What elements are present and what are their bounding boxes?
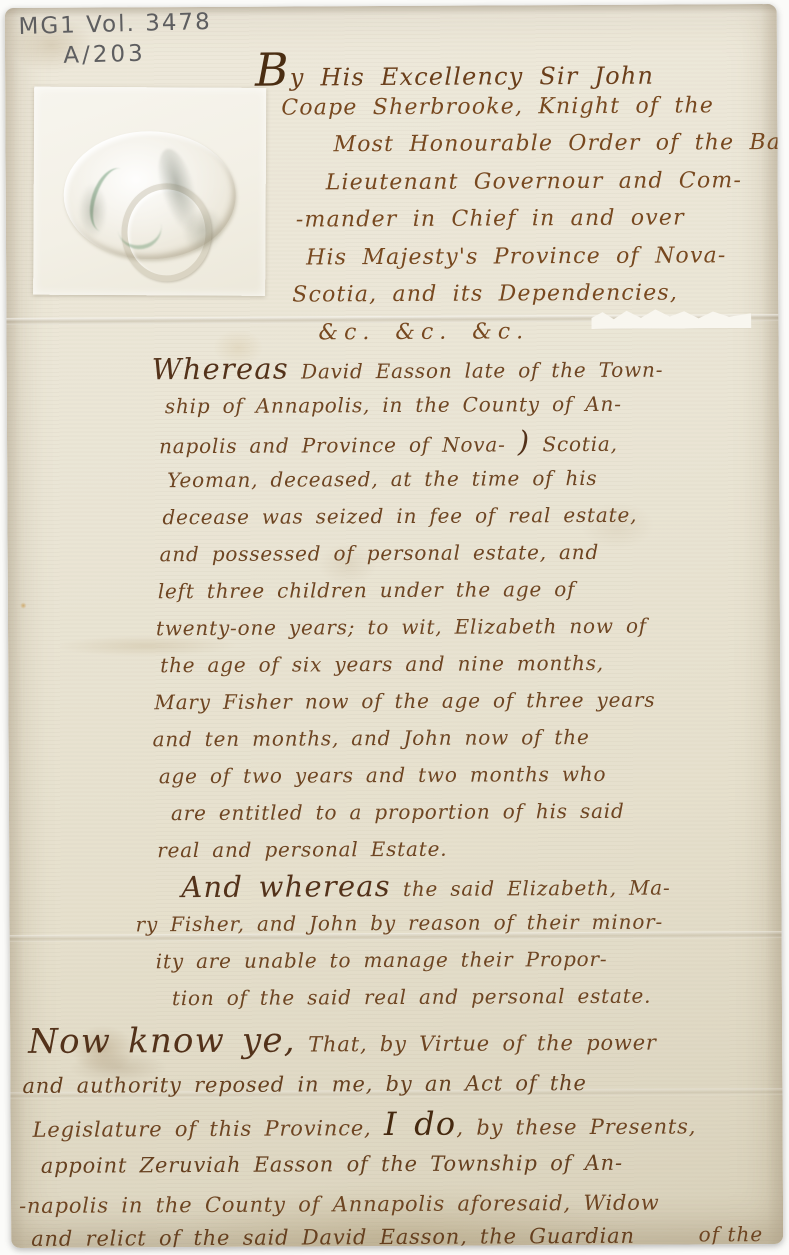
text-segment: and possessed of personal estate, and <box>160 540 600 566</box>
text-segment: decease was seized in fee of real estate… <box>162 503 637 529</box>
text-segment: ry Fisher, and John by reason of their m… <box>135 910 663 937</box>
text-segment: That, by Virtue of the power <box>296 1031 657 1057</box>
text-segment: Yeoman, deceased, at the time of his <box>167 466 597 492</box>
body-line: and authority reposed in me, by an Act o… <box>22 1062 770 1106</box>
header-line: Most Honourable Order of the Bath, <box>333 124 783 164</box>
archive-volume-note: MG1 Vol. 3478 <box>18 7 212 42</box>
text-segment: and relict of the said David Easson, the… <box>31 1224 635 1248</box>
text-segment: Mary Fisher now of the age of three year… <box>154 688 655 715</box>
body-line: are entitled to a proportion of his said <box>171 792 769 832</box>
catchword: of the <box>699 1222 764 1246</box>
body-line: tion of the said real and personal estat… <box>172 977 770 1017</box>
header-line: By His Excellency Sir John <box>255 49 783 89</box>
body-line: the age of six years and nine months, <box>160 644 768 684</box>
text-segment: , by these Presents, <box>456 1114 696 1139</box>
body-line: ship of Annapolis, in the County of An- <box>165 385 767 425</box>
document-body: Whereas David Easson late of the Town-sh… <box>7 348 772 1248</box>
body-line: ry Fisher, and John by reason of their m… <box>135 903 769 943</box>
photo-of-document: { "archive_note": { "volume": "MG1 Vol. … <box>0 0 789 1255</box>
body-line: And whereas the said Elizabeth, Ma- <box>181 866 769 906</box>
archive-page-note: A/203 <box>63 37 213 71</box>
text-segment: ship of Annapolis, in the County of An- <box>165 392 622 418</box>
text-segment: ity are unable to manage their Propor- <box>156 947 608 973</box>
emphasis-word: Whereas <box>152 352 289 387</box>
body-line: and possessed of personal estate, and <box>160 533 768 573</box>
body-line: appoint Zeruviah Easson of the Township … <box>41 1142 771 1186</box>
emphasis-word: ) <box>518 424 531 458</box>
body-line: -napolis in the County of Annapolis afor… <box>19 1182 771 1226</box>
emphasis-word: And whereas <box>181 869 391 904</box>
body-line: and relict of the said David Easson, the… <box>31 1222 771 1248</box>
header-line: &c. &c. &c. <box>318 311 783 351</box>
header-line: Scotia, and its Dependencies, <box>292 274 783 314</box>
body-line: real and personal Estate. <box>157 829 769 869</box>
text-segment: real and personal Estate. <box>157 837 447 863</box>
body-line: twenty-one years; to wit, Elizabeth now … <box>156 607 768 647</box>
body-line: napolis and Province of Nova- ) Scotia, <box>159 422 767 462</box>
seal-inner-ring <box>121 183 212 281</box>
body-line: decease was seized in fee of real estate… <box>162 496 767 536</box>
body-line: Legislature of this Province, I do, by t… <box>33 1102 771 1146</box>
text-segment: and ten months, and John now of the <box>153 725 590 751</box>
text-segment: tion of the said real and personal estat… <box>172 984 651 1011</box>
body-line: Yeoman, deceased, at the time of his <box>167 459 767 499</box>
header-line: Coape Sherbrooke, Knight of the <box>281 86 783 126</box>
text-segment: David Easson late of the Town- <box>289 358 663 384</box>
text-segment: the said Elizabeth, Ma- <box>391 876 671 901</box>
header-line: -mander in Chief in and over <box>296 199 783 239</box>
body-line: Now know ye, That, by Virtue of the powe… <box>28 1014 770 1066</box>
body-line: left three children under the age of <box>158 570 768 610</box>
archive-reference-note: MG1 Vol. 3478 A/203 <box>18 7 213 72</box>
text-segment: twenty-one years; to wit, Elizabeth now … <box>156 614 647 641</box>
body-line: and ten months, and John now of the <box>152 718 768 758</box>
text-segment: are entitled to a proportion of his said <box>171 799 625 825</box>
body-line: Mary Fisher now of the age of three year… <box>154 681 768 721</box>
text-segment: napolis and Province of Nova- <box>159 432 518 458</box>
body-line: age of two years and two months who <box>159 755 769 795</box>
text-segment: Legislature of this Province, <box>33 1116 384 1142</box>
text-segment: the age of six years and nine months, <box>160 651 604 677</box>
emphasis-word: Now know ye, <box>28 1021 296 1062</box>
header-line: Lieutenant Governour and Com- <box>326 161 784 201</box>
text-segment: appoint Zeruviah Easson of the Township … <box>41 1151 623 1178</box>
seal-paper-patch <box>33 87 266 296</box>
text-segment: and authority reposed in me, by an Act o… <box>22 1071 586 1098</box>
emphasis-word: I do <box>384 1105 457 1143</box>
document-header: By His Excellency Sir JohnCoape Sherbroo… <box>255 49 783 352</box>
document-paper: MG1 Vol. 3478 A/203 By His Excellency Si… <box>5 4 783 1248</box>
text-segment: age of two years and two months who <box>159 762 607 788</box>
text-segment: -napolis in the County of Annapolis afor… <box>19 1191 660 1218</box>
text-segment: Scotia, <box>530 432 618 456</box>
text-segment: left three children under the age of <box>158 577 576 603</box>
body-line: Whereas David Easson late of the Town- <box>152 348 767 388</box>
body-line: ity are unable to manage their Propor- <box>156 940 770 980</box>
header-line: His Majesty's Province of Nova- <box>306 236 783 276</box>
